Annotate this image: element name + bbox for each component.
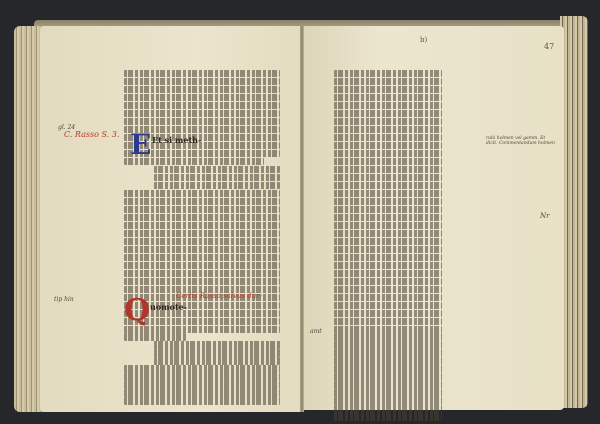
left-text-column	[124, 70, 280, 405]
red-initial: Q	[124, 298, 146, 324]
rubric-heading: Certis Rasso salvus dur-	[176, 292, 262, 300]
margin-rubric: C. Rasso S. 3.	[64, 130, 119, 139]
page-edges-right	[560, 16, 588, 408]
red-incipit: uomote-	[150, 302, 187, 312]
blue-incipit: Et si meth-	[152, 135, 201, 145]
blue-initial: E	[130, 133, 152, 157]
right-margin-mark: Nr	[540, 212, 549, 220]
gutter	[300, 26, 304, 412]
right-text-column	[334, 70, 442, 421]
manuscript-photo: E Et si meth- C. Rasso S. 3. gl. 24 Cert…	[0, 0, 600, 424]
margin-note-bottom: tip hin	[54, 296, 74, 303]
right-margin-note: rubi holmen vel gamm. Et dicit. Commenta…	[486, 136, 556, 146]
right-left-margin-note: amt	[310, 328, 322, 335]
folio-number: 47	[544, 42, 554, 51]
margin-note-top: gl. 24	[58, 124, 75, 131]
top-mark: b)	[420, 36, 427, 44]
